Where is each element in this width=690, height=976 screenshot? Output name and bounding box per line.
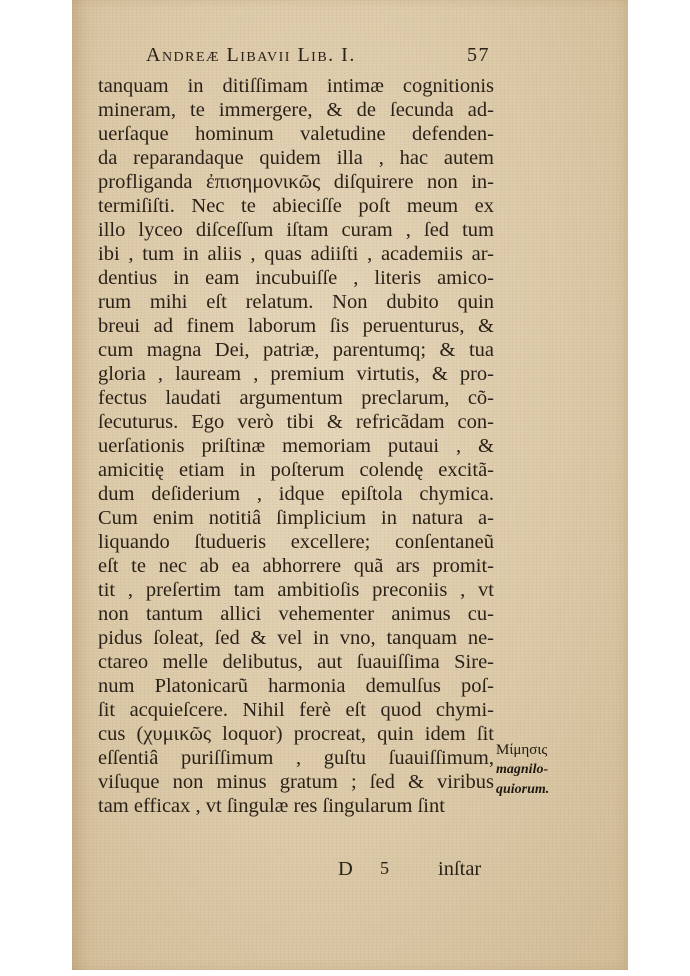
text-line: mineram, te immergere, & de ſecunda ad-	[98, 98, 494, 122]
signature-mark: D	[338, 858, 353, 881]
text-line: pidus ſoleat, ſed & vel in vno, tanquam …	[98, 626, 494, 650]
text-line: amicitię etiam in poſterum colendę excit…	[98, 458, 494, 482]
text-line: liquando ſtudueris excellere; conſentane…	[98, 530, 494, 554]
text-line: ibi , tum in aliis , quas adiiſti , acad…	[98, 242, 494, 266]
marginal-note-line: magnilo-	[496, 760, 586, 780]
marginal-note: Μίμησις magnilo- quiorum.	[496, 740, 586, 800]
text-line: eſſentiâ puriſſimum , guſtu ſuauiſſimum,	[98, 746, 494, 770]
text-line: ſecuturus. Ego verò tibi & refricãdam co…	[98, 410, 494, 434]
text-line: da reparandaque quidem illa , hac autem	[98, 146, 494, 170]
text-line: non tantum allici vehementer animus cu-	[98, 602, 494, 626]
text-line: illo lyceo diſceſſum iſtam curam , ſed t…	[98, 218, 494, 242]
running-header: Andreæ Libavii Lib. I. 57	[146, 44, 490, 70]
body-text: tanquam in ditiſſimam intimæ cognitionis…	[98, 74, 494, 818]
marginal-note-line: quiorum.	[496, 780, 586, 800]
text-line: eſt te nec ab ea abhorrere quã ars promi…	[98, 554, 494, 578]
marginal-note-line: Μίμησις	[496, 740, 586, 760]
text-line: termiſiſti. Nec te abieciſſe poſt meum e…	[98, 194, 494, 218]
text-line: cum magna Dei, patriæ, parentumq; & tua	[98, 338, 494, 362]
text-line: gloria , lauream , premium virtutis, & p…	[98, 362, 494, 386]
text-line: dum deſiderium , idque epiſtola chymica.	[98, 482, 494, 506]
text-line: dentius in eam incubuiſſe , literis amic…	[98, 266, 494, 290]
text-line: ſit acquieſcere. Nihil ferè eſt quod chy…	[98, 698, 494, 722]
text-line: fectus laudati argumentum preclarum, cõ-	[98, 386, 494, 410]
text-line: breui ad finem laborum ſis peruenturus, …	[98, 314, 494, 338]
text-line: rum mihi eſt relatum. Non dubito quin	[98, 290, 494, 314]
text-line: viſuque non minus gratum ; ſed & viribus	[98, 770, 494, 794]
text-line: tit , preſertim tam ambitioſis preconiis…	[98, 578, 494, 602]
running-title: Andreæ Libavii Lib. I.	[146, 44, 356, 67]
text-line: cus (χυμικῶς loquor) procreat, quin idem…	[98, 722, 494, 746]
text-line: Cum enim notitiâ ſimplicium in natura a-	[98, 506, 494, 530]
catchword: inſtar	[438, 858, 481, 881]
page-number: 57	[467, 44, 490, 67]
text-line: uerſaque hominum valetudine defenden-	[98, 122, 494, 146]
signature-number: 5	[380, 858, 389, 879]
text-line: num Platonicarũ harmonia demulſus poſ-	[98, 674, 494, 698]
text-line: profliganda ἐπισημονικῶς diſquirere non …	[98, 170, 494, 194]
text-line: uerſationis priſtinæ memoriam putaui , &	[98, 434, 494, 458]
text-line: tanquam in ditiſſimam intimæ cognitionis	[98, 74, 494, 98]
text-line: tam efficax , vt ſingulæ res ſingularum …	[98, 794, 494, 818]
text-line: ctareo melle delibutus, aut ſuauiſſima S…	[98, 650, 494, 674]
